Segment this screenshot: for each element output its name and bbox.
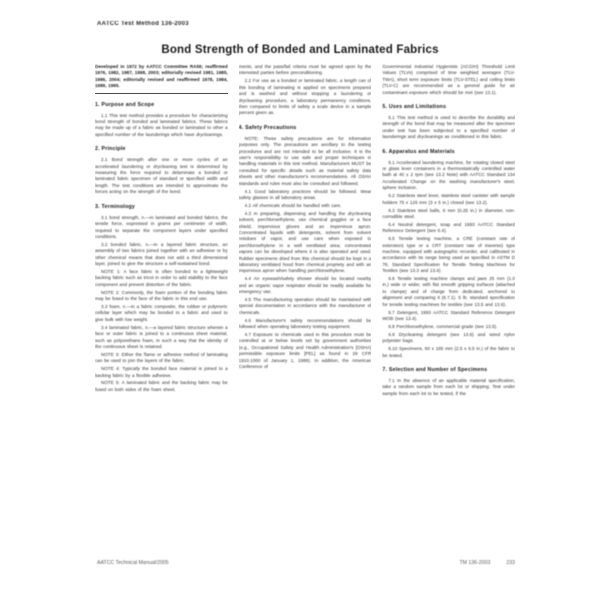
text-columns: Developed in 1972 by AATCC Committee RA5… (95, 64, 515, 556)
paragraph: 2.1 Bond strength after one or more cycl… (95, 157, 228, 195)
paragraph: NOTE 3: Either the flame or adhesive met… (95, 352, 228, 365)
paragraph: 6.4 Neutral detergent, soap and 1993 AAT… (382, 222, 515, 235)
foreword-paragraph: Developed in 1972 by AATCC Committee RA5… (95, 64, 228, 90)
paragraph: 3.2 bonded fabric, n.—in a layered fabri… (95, 242, 228, 268)
paragraph: 6.8 Perchloroethylene, commercial grade … (382, 324, 515, 330)
paragraph: 6.10 Specimens, 60 x 165 mm (2.5 x 6.5 i… (382, 346, 515, 359)
paragraph: 5.1 This test method is used to describe… (382, 115, 515, 141)
section-heading: 1. Purpose and Scope (95, 102, 228, 108)
section-heading: 3. Terminology (95, 204, 228, 210)
footer-right: TM 136-2003 233 (459, 560, 515, 566)
paragraph: NOTE: These safety precautions are for i… (239, 136, 372, 187)
paragraph: 6.5 Tensile testing machine, a CRE (cons… (382, 236, 515, 274)
paragraph: 6.2 Stainless steel lever, stainless ste… (382, 193, 515, 206)
paragraph: 6.1 Accelerated laundering machine, for … (382, 160, 515, 192)
paragraph: 4.7 Exposure to chemicals used in this p… (239, 332, 372, 370)
paragraph: 6.3 Stainless steel balls, 6 mm (0.25 in… (382, 208, 515, 221)
footer-manual-label: AATCC Technical Manual/2005 (97, 560, 169, 566)
paragraph: 4.2 All chemicals should be handled with… (239, 203, 372, 209)
footer-method-number: TM 136-2003 (459, 560, 490, 566)
paragraph: 4.6 Manufacturer's safety recommendation… (239, 318, 372, 331)
paragraph: NOTE 2: Commonly, the foam portion of th… (95, 290, 228, 303)
paragraph: Governmental Industrial Hygienists (ACGI… (382, 64, 515, 96)
document-header: AATCC Test Method 136-2003 (97, 21, 297, 27)
paragraph: 3.3 foam, n.—in a fabric composite, the … (95, 304, 228, 323)
footer-page-number: 233 (506, 560, 515, 566)
column-middle: ments, and the pass/fail criteria must b… (239, 64, 372, 556)
paragraph: 6.9 Drycleaning detergent (see 13.6) and… (382, 332, 515, 345)
document-page: AATCC Test Method 136-2003 Bond Strength… (0, 0, 600, 600)
page-title: Bond Strength of Bonded and Laminated Fa… (90, 44, 510, 56)
section-heading: 5. Uses and Limitations (382, 104, 515, 110)
paragraph: 4.4 An eyewash/safety shower should be l… (239, 276, 372, 295)
paragraph: 6.7 Detergent, 1993 AATCC Standard Refer… (382, 310, 515, 323)
column-left: Developed in 1972 by AATCC Committee RA5… (95, 64, 228, 556)
section-heading: 7. Selection and Number of Specimens (382, 367, 515, 373)
paragraph: ments, and the pass/fail criteria must b… (239, 64, 372, 77)
paragraph: 4.1 Good laboratory practices should be … (239, 189, 372, 202)
section-heading: 6. Apparatus and Materials (382, 149, 515, 155)
paragraph: 7.1 In the absence of an applicable mate… (382, 378, 515, 397)
paragraph: 1.1 This test method provides a procedur… (95, 113, 228, 139)
paragraph: 4.3 In preparing, dispensing and handlin… (239, 211, 372, 275)
paragraph: 3.4 laminated fabric, n.—a layered fabri… (95, 325, 228, 351)
section-heading: 2. Principle (95, 146, 228, 152)
column-right: Governmental Industrial Hygienists (ACGI… (382, 64, 515, 556)
paragraph: NOTE 4: Typically the bonded face materi… (95, 366, 228, 379)
divider-rule (95, 93, 228, 94)
section-heading: 4. Safety Precautions (239, 125, 372, 131)
paragraph: NOTE 1: A face fabric is often bonded to… (95, 269, 228, 288)
paragraph: 6.6 Tensile testing machine clamps and j… (382, 276, 515, 308)
paragraph: NOTE 5: A laminated fabric and the backi… (95, 380, 228, 393)
paragraph: 2.2 For use as a bonded or laminated fab… (239, 78, 372, 116)
paragraph: 4.5 The manufacturing operation should b… (239, 297, 372, 316)
paragraph: 3.1 bond strength, n.—in laminated and b… (95, 215, 228, 241)
